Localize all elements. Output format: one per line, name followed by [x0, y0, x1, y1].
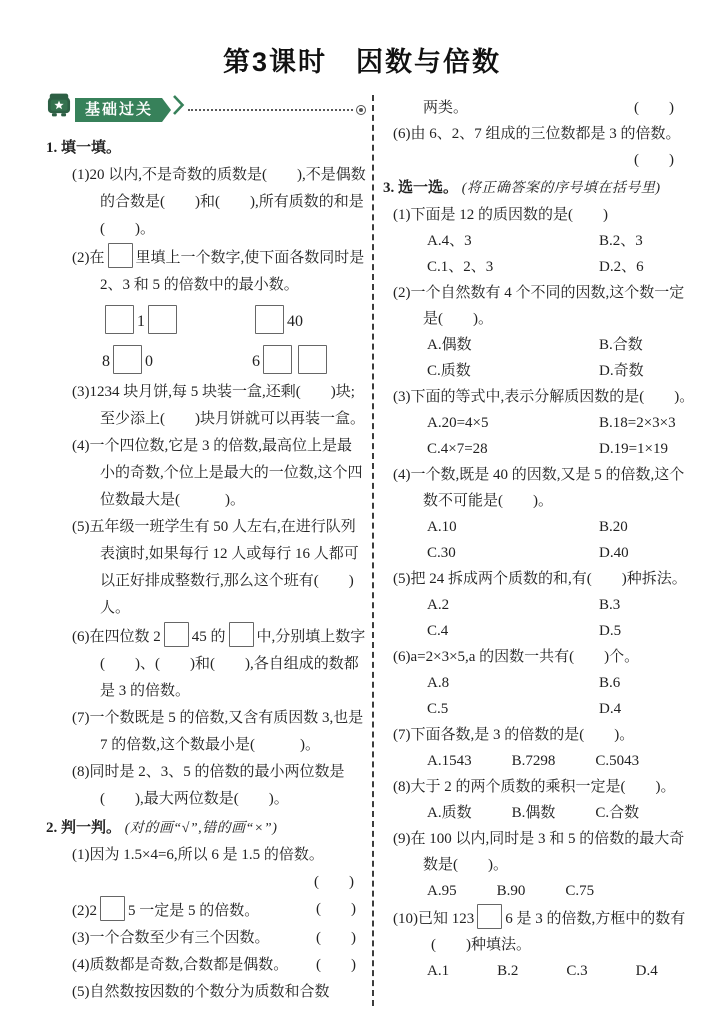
option-a: A.10	[427, 514, 599, 540]
fill-item-2-box-grid: 1 40 80 6	[102, 305, 366, 375]
question-3-header: 3. 选一选。 (将正确答案的序号填在括号里)	[383, 175, 698, 202]
worksheet-page: 第3课时 因数与倍数 基础过关	[0, 0, 724, 1024]
option-a: A.8	[427, 670, 599, 696]
choice-item-1: (1)下面是 12 的质因数的是( )	[393, 202, 698, 228]
judge-item-5-cont-text: 两类。	[423, 95, 468, 121]
choice-item-10: (10)已知 1236 是 3 的倍数,方框中的数有( )种填法。	[393, 904, 698, 958]
option-c: C.4×7=28	[427, 436, 599, 462]
mascot-star-icon	[46, 92, 72, 128]
option-a: A.偶数	[427, 332, 599, 358]
option-d: D.19=1×19	[599, 436, 698, 462]
fill-item-3: (3)1234 块月饼,每 5 块装一盒,还剩( )块;至少添上( )块月饼就可…	[72, 379, 366, 433]
question-2-header: 2. 判一判。 (对的画“√”,错的画“×”)	[46, 815, 366, 842]
option-c: C.75	[565, 878, 594, 904]
question-3-note: (将正确答案的序号填在括号里)	[462, 181, 661, 196]
fill-item-5: (5)五年级一班学生有 50 人左右,在进行队列表演时,如果每行 12 人或每行…	[72, 514, 366, 622]
choice-item-1-options: A.4、3 B.2、3 C.1、2、3 D.2、6	[427, 228, 698, 280]
question-1-title: 填一填。	[61, 140, 121, 156]
fill-box	[108, 243, 133, 268]
judge-item-4: (4)质数都是奇数,合数都是偶数。 ( )	[72, 952, 366, 979]
choice-item-6: (6)a=2×3×5,a 的因数一共有( )个。	[393, 644, 698, 670]
option-a: A.2	[427, 592, 599, 618]
left-column: 基础过关 1. 填一填。 (1)20 以内,不是奇数的质数是( ),不是偶数的合…	[46, 95, 366, 1006]
choice-item-9: (9)在 100 以内,同时是 3 和 5 的倍数的最大奇数是( )。	[393, 826, 698, 878]
option-b: B.合数	[599, 332, 698, 358]
option-d: D.5	[599, 618, 698, 644]
judge-item-2: (2)25 一定是 5 的倍数。 ( )	[72, 896, 366, 925]
option-d: D.40	[599, 540, 698, 566]
option-a: A.4、3	[427, 228, 599, 254]
fill-box	[164, 622, 189, 647]
page-title: 第3课时 因数与倍数	[0, 0, 724, 79]
judge-item-5-answer-blank: ( )	[634, 95, 698, 121]
fill-box	[105, 305, 134, 334]
question-2-note: (对的画“√”,错的画“×”)	[125, 821, 278, 836]
option-b: B.偶数	[512, 800, 556, 826]
judge-item-3: (3)一个合数至少有三个因数。 ( )	[72, 925, 366, 952]
fill-box	[113, 345, 142, 374]
option-a: A.95	[427, 878, 457, 904]
option-c: C.5043	[595, 748, 639, 774]
option-d: D.4	[599, 696, 698, 722]
question-2-number: 2.	[46, 820, 57, 836]
choice-item-4-options: A.10 B.20 C.30 D.40	[427, 514, 698, 566]
choice-item-6-options: A.8 B.6 C.5 D.4	[427, 670, 698, 722]
option-b: B.20	[599, 514, 698, 540]
option-b: B.3	[599, 592, 698, 618]
judge-item-2-answer-blank: ( )	[316, 896, 366, 925]
judge-item-2-text: (2)25 一定是 5 的倍数。	[72, 896, 259, 925]
fill-item-2: (2)在里填上一个数字,使下面各数同时是 2、3 和 5 的倍数中的最小数。	[72, 243, 366, 299]
option-c: C.合数	[595, 800, 639, 826]
option-a: A.1	[427, 958, 449, 984]
judge-item-5-continuation: 两类。 ( )	[423, 95, 698, 121]
option-d: D.4	[636, 958, 658, 984]
bullseye-icon	[356, 105, 366, 115]
box-pattern-1: 1	[102, 305, 252, 335]
judge-item-1-answer-blank: ( )	[46, 869, 366, 896]
fill-item-6: (6)在四位数 245 的中,分别填上数字( )、( )和( ),各自组成的数都…	[72, 622, 366, 705]
judge-item-3-text: (3)一个合数至少有三个因数。	[72, 925, 270, 952]
fill-item-7: (7)一个数既是 5 的倍数,又含有质因数 3,也是 7 的倍数,这个数最小是(…	[72, 705, 366, 759]
option-b: B.90	[497, 878, 526, 904]
judge-item-3-answer-blank: ( )	[316, 925, 366, 952]
judge-item-1: (1)因为 1.5×4=6,所以 6 是 1.5 的倍数。	[72, 842, 366, 869]
fill-box	[229, 622, 254, 647]
question-3-number: 3.	[383, 180, 394, 196]
box-pattern-3: 80	[102, 345, 252, 375]
fill-item-1: (1)20 以内,不是奇数的质数是( ),不是偶数的合数是( )和( ),所有质…	[72, 162, 366, 243]
option-b: B.2	[497, 958, 518, 984]
option-b: B.7298	[512, 748, 556, 774]
judge-item-6: (6)由 6、2、7 组成的三位数都是 3 的倍数。	[393, 121, 698, 147]
option-d: D.奇数	[599, 358, 698, 384]
dotted-rule	[188, 109, 353, 111]
question-1-header: 1. 填一填。	[46, 135, 366, 162]
option-c: C.3	[566, 958, 587, 984]
judge-item-5: (5)自然数按因数的个数分为质数和合数	[72, 979, 366, 1006]
fill-box	[298, 345, 327, 374]
choice-item-10-options: A.1 B.2 C.3 D.4	[427, 958, 698, 984]
option-c: C.1、2、3	[427, 254, 599, 280]
question-3-title: 选一选。	[398, 180, 458, 196]
judge-item-4-answer-blank: ( )	[316, 952, 366, 979]
fill-box	[255, 305, 284, 334]
option-d: D.2、6	[599, 254, 698, 280]
choice-item-8-options: A.质数 B.偶数 C.合数	[427, 800, 698, 826]
option-b: B.6	[599, 670, 698, 696]
option-b: B.18=2×3×3	[599, 410, 698, 436]
choice-item-8: (8)大于 2 的两个质数的乘积一定是( )。	[393, 774, 698, 800]
option-a: A.20=4×5	[427, 410, 599, 436]
choice-item-7: (7)下面各数,是 3 的倍数的是( )。	[393, 722, 698, 748]
choice-item-7-options: A.1543 B.7298 C.5043	[427, 748, 698, 774]
fill-box	[263, 345, 292, 374]
question-2-title: 判一判。	[61, 820, 121, 836]
choice-item-2-options: A.偶数 B.合数 C.质数 D.奇数	[427, 332, 698, 384]
content-columns: 基础过关 1. 填一填。 (1)20 以内,不是奇数的质数是( ),不是偶数的合…	[0, 95, 724, 1006]
question-1-number: 1.	[46, 140, 57, 156]
right-column: 两类。 ( ) (6)由 6、2、7 组成的三位数都是 3 的倍数。 ( ) 3…	[372, 95, 698, 1006]
choice-item-2: (2)一个自然数有 4 个不同的因数,这个数一定是( )。	[393, 280, 698, 332]
option-b: B.2、3	[599, 228, 698, 254]
fill-item-8: (8)同时是 2、3、5 的倍数的最小两位数是( ),最大两位数是( )。	[72, 759, 366, 813]
option-c: C.4	[427, 618, 599, 644]
box-pattern-4: 6	[252, 345, 366, 375]
fill-box	[148, 305, 177, 334]
section-badge: 基础过关	[75, 98, 171, 122]
option-c: C.5	[427, 696, 599, 722]
choice-item-3: (3)下面的等式中,表示分解质因数的是( )。	[393, 384, 698, 410]
choice-item-9-options: A.95 B.90 C.75	[427, 878, 698, 904]
option-a: A.质数	[427, 800, 472, 826]
box-pattern-2: 40	[252, 305, 366, 335]
option-a: A.1543	[427, 748, 472, 774]
fill-item-4: (4)一个四位数,它是 3 的倍数,最高位上是最小的奇数,个位上是最大的一位数,…	[72, 433, 366, 514]
choice-item-4: (4)一个数,既是 40 的因数,又是 5 的倍数,这个数不可能是( )。	[393, 462, 698, 514]
judge-item-6-answer-blank: ( )	[383, 147, 698, 173]
chevron-right-icon	[172, 93, 185, 127]
judge-item-4-text: (4)质数都是奇数,合数都是偶数。	[72, 952, 288, 979]
fill-box	[477, 904, 502, 929]
choice-item-5-options: A.2 B.3 C.4 D.5	[427, 592, 698, 644]
fill-box	[100, 896, 125, 921]
choice-item-3-options: A.20=4×5 B.18=2×3×3 C.4×7=28 D.19=1×19	[427, 410, 698, 462]
option-c: C.质数	[427, 358, 599, 384]
choice-item-5: (5)把 24 拆成两个质数的和,有( )种拆法。	[393, 566, 698, 592]
option-c: C.30	[427, 540, 599, 566]
section-header: 基础过关	[46, 95, 366, 125]
